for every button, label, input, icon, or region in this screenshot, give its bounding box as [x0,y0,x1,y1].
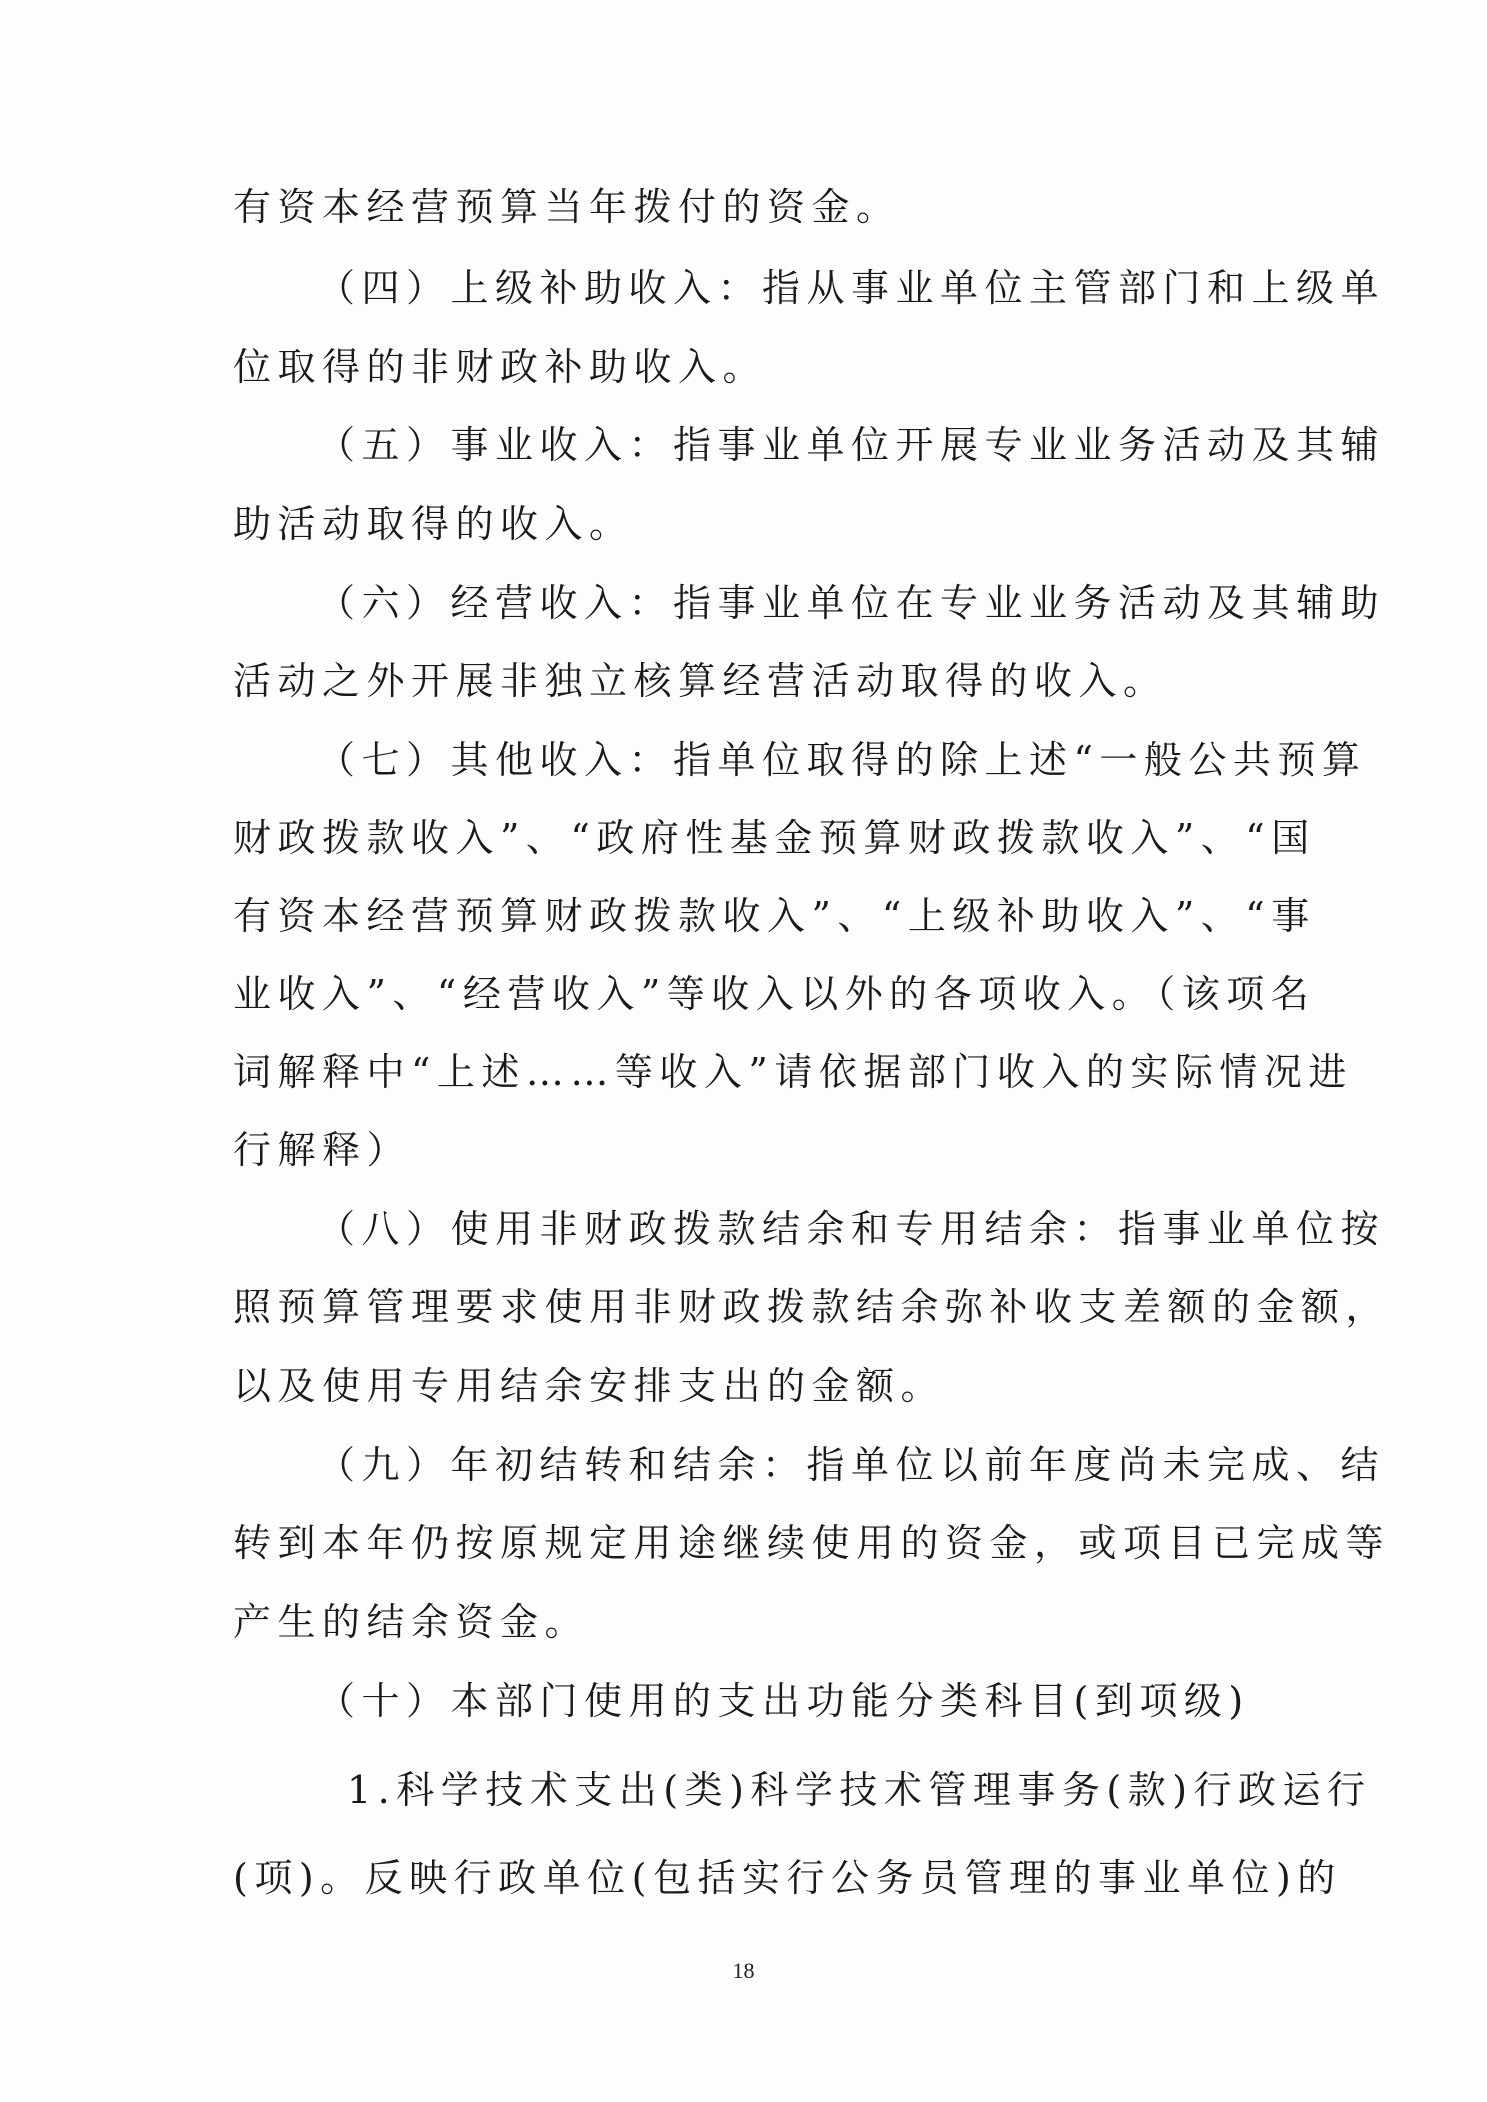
text-line: 以及使用专用结余安排支出的金额。 [233,1361,1263,1411]
paragraph-4-upper-subsidy-income: （四）上级补助收入：指从事业单位主管部门和上级单 [317,263,1347,313]
text-line: (项)。反映行政单位(包括实行公务员管理的事业单位)的 [233,1853,1263,1903]
text-line: 转到本年仍按原规定用途继续使用的资金，或项目已完成等 [233,1518,1263,1568]
paragraph-9-carryover-balance: （九）年初结转和结余：指单位以前年度尚未完成、结 [317,1440,1347,1490]
text-line: 有资本经营预算财政拨款收入”、“上级补助收入”、“事 [233,891,1263,941]
paragraph-7-other-income: （七）其他收入：指单位取得的除上述“一般公共预算 [317,735,1347,785]
page-number: 18 [0,1958,1487,1984]
text-line: 活动之外开展非独立核算经营活动取得的收入。 [233,656,1263,706]
text-line: 有资本经营预算当年拨付的资金。 [233,182,1263,232]
text-line: 位取得的非财政补助收入。 [233,342,1263,392]
text-line: 助活动取得的收入。 [233,499,1263,549]
text-line: 行解释） [233,1125,1263,1175]
text-line: 词解释中“上述……等收入”请依据部门收入的实际情况进 [233,1047,1263,1097]
paragraph-6-operating-income: （六）经营收入：指事业单位在专业业务活动及其辅助 [317,578,1347,628]
text-line: 业收入”、“经营收入”等收入以外的各项收入。（该项名 [233,969,1263,1019]
document-page: 有资本经营预算当年拨付的资金。 （四）上级补助收入：指从事业单位主管部门和上级单… [0,0,1487,2102]
paragraph-8-non-fiscal-balance: （八）使用非财政拨款结余和专用结余：指事业单位按 [317,1204,1347,1254]
section-10-heading: （十）本部门使用的支出功能分类科目(到项级) [317,1676,1347,1726]
paragraph-5-business-income: （五）事业收入：指事业单位开展专业业务活动及其辅 [317,420,1347,470]
text-line: 照预算管理要求使用非财政拨款结余弥补收支差额的金额， [233,1282,1263,1332]
subitem-1-heading: 1.科学技术支出(类)科学技术管理事务(款)行政运行 [347,1765,1377,1815]
text-line: 财政拨款收入”、“政府性基金预算财政拨款收入”、“国 [233,813,1263,863]
text-line: 产生的结余资金。 [233,1597,1263,1647]
